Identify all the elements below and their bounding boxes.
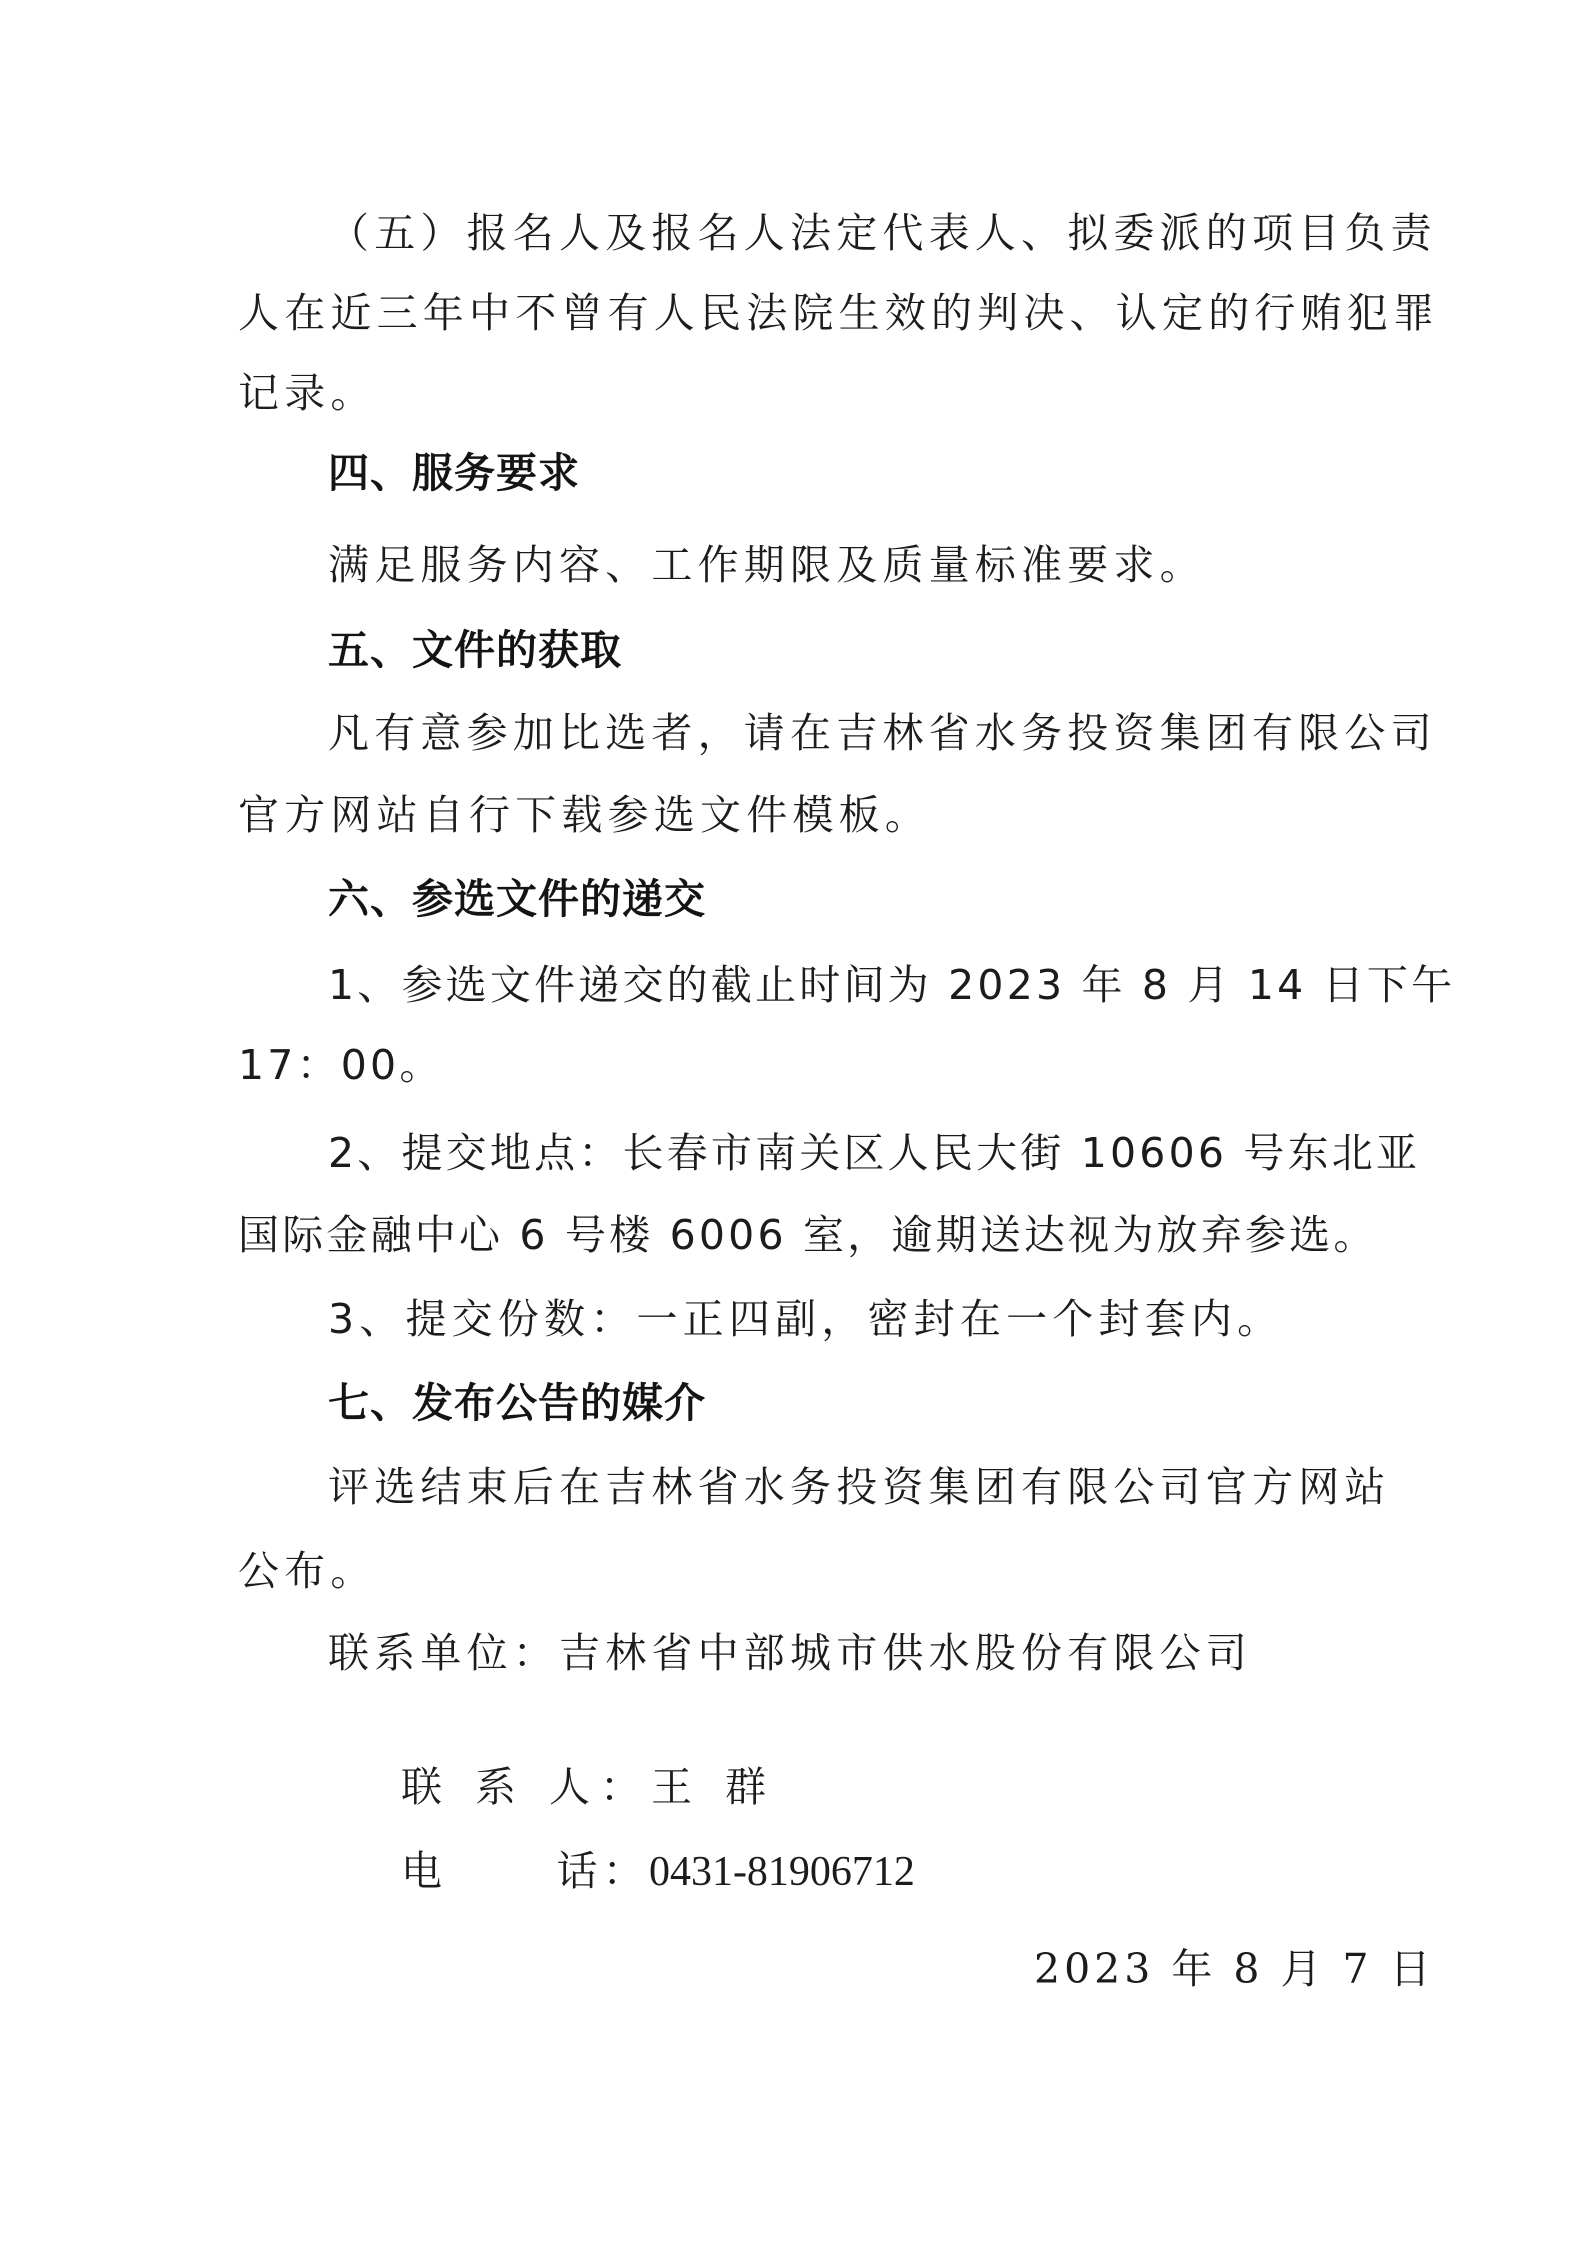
section-6-item-2-line-1: 2、提交地点：长春市南关区人民大街 10606 号东北亚: [328, 1128, 1420, 1178]
section-6-item-2-line-2: 国际金融中心 6 号楼 6006 室，逾期送达视为放弃参选。: [238, 1210, 1378, 1260]
contact-phone-value[interactable]: 0431-81906712: [649, 1849, 915, 1895]
section-7-line-2: 公布。: [238, 1546, 377, 1596]
section-6-item-3: 3、提交份数：一正四副，密封在一个封套内。: [328, 1294, 1283, 1344]
contact-phone: 电 话：0431-81906712: [328, 1796, 915, 1947]
section-4-heading: 四、服务要求: [328, 448, 580, 498]
section-7-heading: 七、发布公告的媒介: [328, 1378, 706, 1428]
section-6-item-1-line-1: 1、参选文件递交的截止时间为 2023 年 8 月 14 日下午: [328, 960, 1455, 1010]
section-5-heading: 五、文件的获取: [328, 625, 622, 675]
contact-unit: 联系单位：吉林省中部城市供水股份有限公司: [328, 1628, 1252, 1678]
contact-unit-label: 联系单位：: [328, 1629, 559, 1677]
document-page: （五）报名人及报名人法定代表人、拟委派的项目负责 人在近三年中不曾有人民法院生效…: [0, 0, 1587, 2244]
paragraph-5-line-2: 人在近三年中不曾有人民法院生效的判决、认定的行贿犯罪: [238, 288, 1439, 338]
section-7-line-1: 评选结束后在吉林省水务投资集团有限公司官方网站: [328, 1462, 1391, 1512]
section-5-line-1: 凡有意参加比选者，请在吉林省水务投资集团有限公司: [328, 708, 1437, 758]
section-6-item-1-line-2: 17：00。: [238, 1040, 444, 1090]
contact-phone-label: 电 话：: [401, 1847, 649, 1895]
document-date: 2023 年 8 月 7 日: [1034, 1944, 1435, 1994]
section-4-body: 满足服务内容、工作期限及质量标准要求。: [328, 540, 1206, 590]
paragraph-5-line-3: 记录。: [238, 368, 377, 418]
paragraph-5-line-1: （五）报名人及报名人法定代表人、拟委派的项目负责: [328, 208, 1437, 258]
section-5-line-2: 官方网站自行下载参选文件模板。: [238, 790, 931, 840]
contact-unit-value: 吉林省中部城市供水股份有限公司: [559, 1629, 1252, 1677]
section-6-heading: 六、参选文件的递交: [328, 874, 706, 924]
